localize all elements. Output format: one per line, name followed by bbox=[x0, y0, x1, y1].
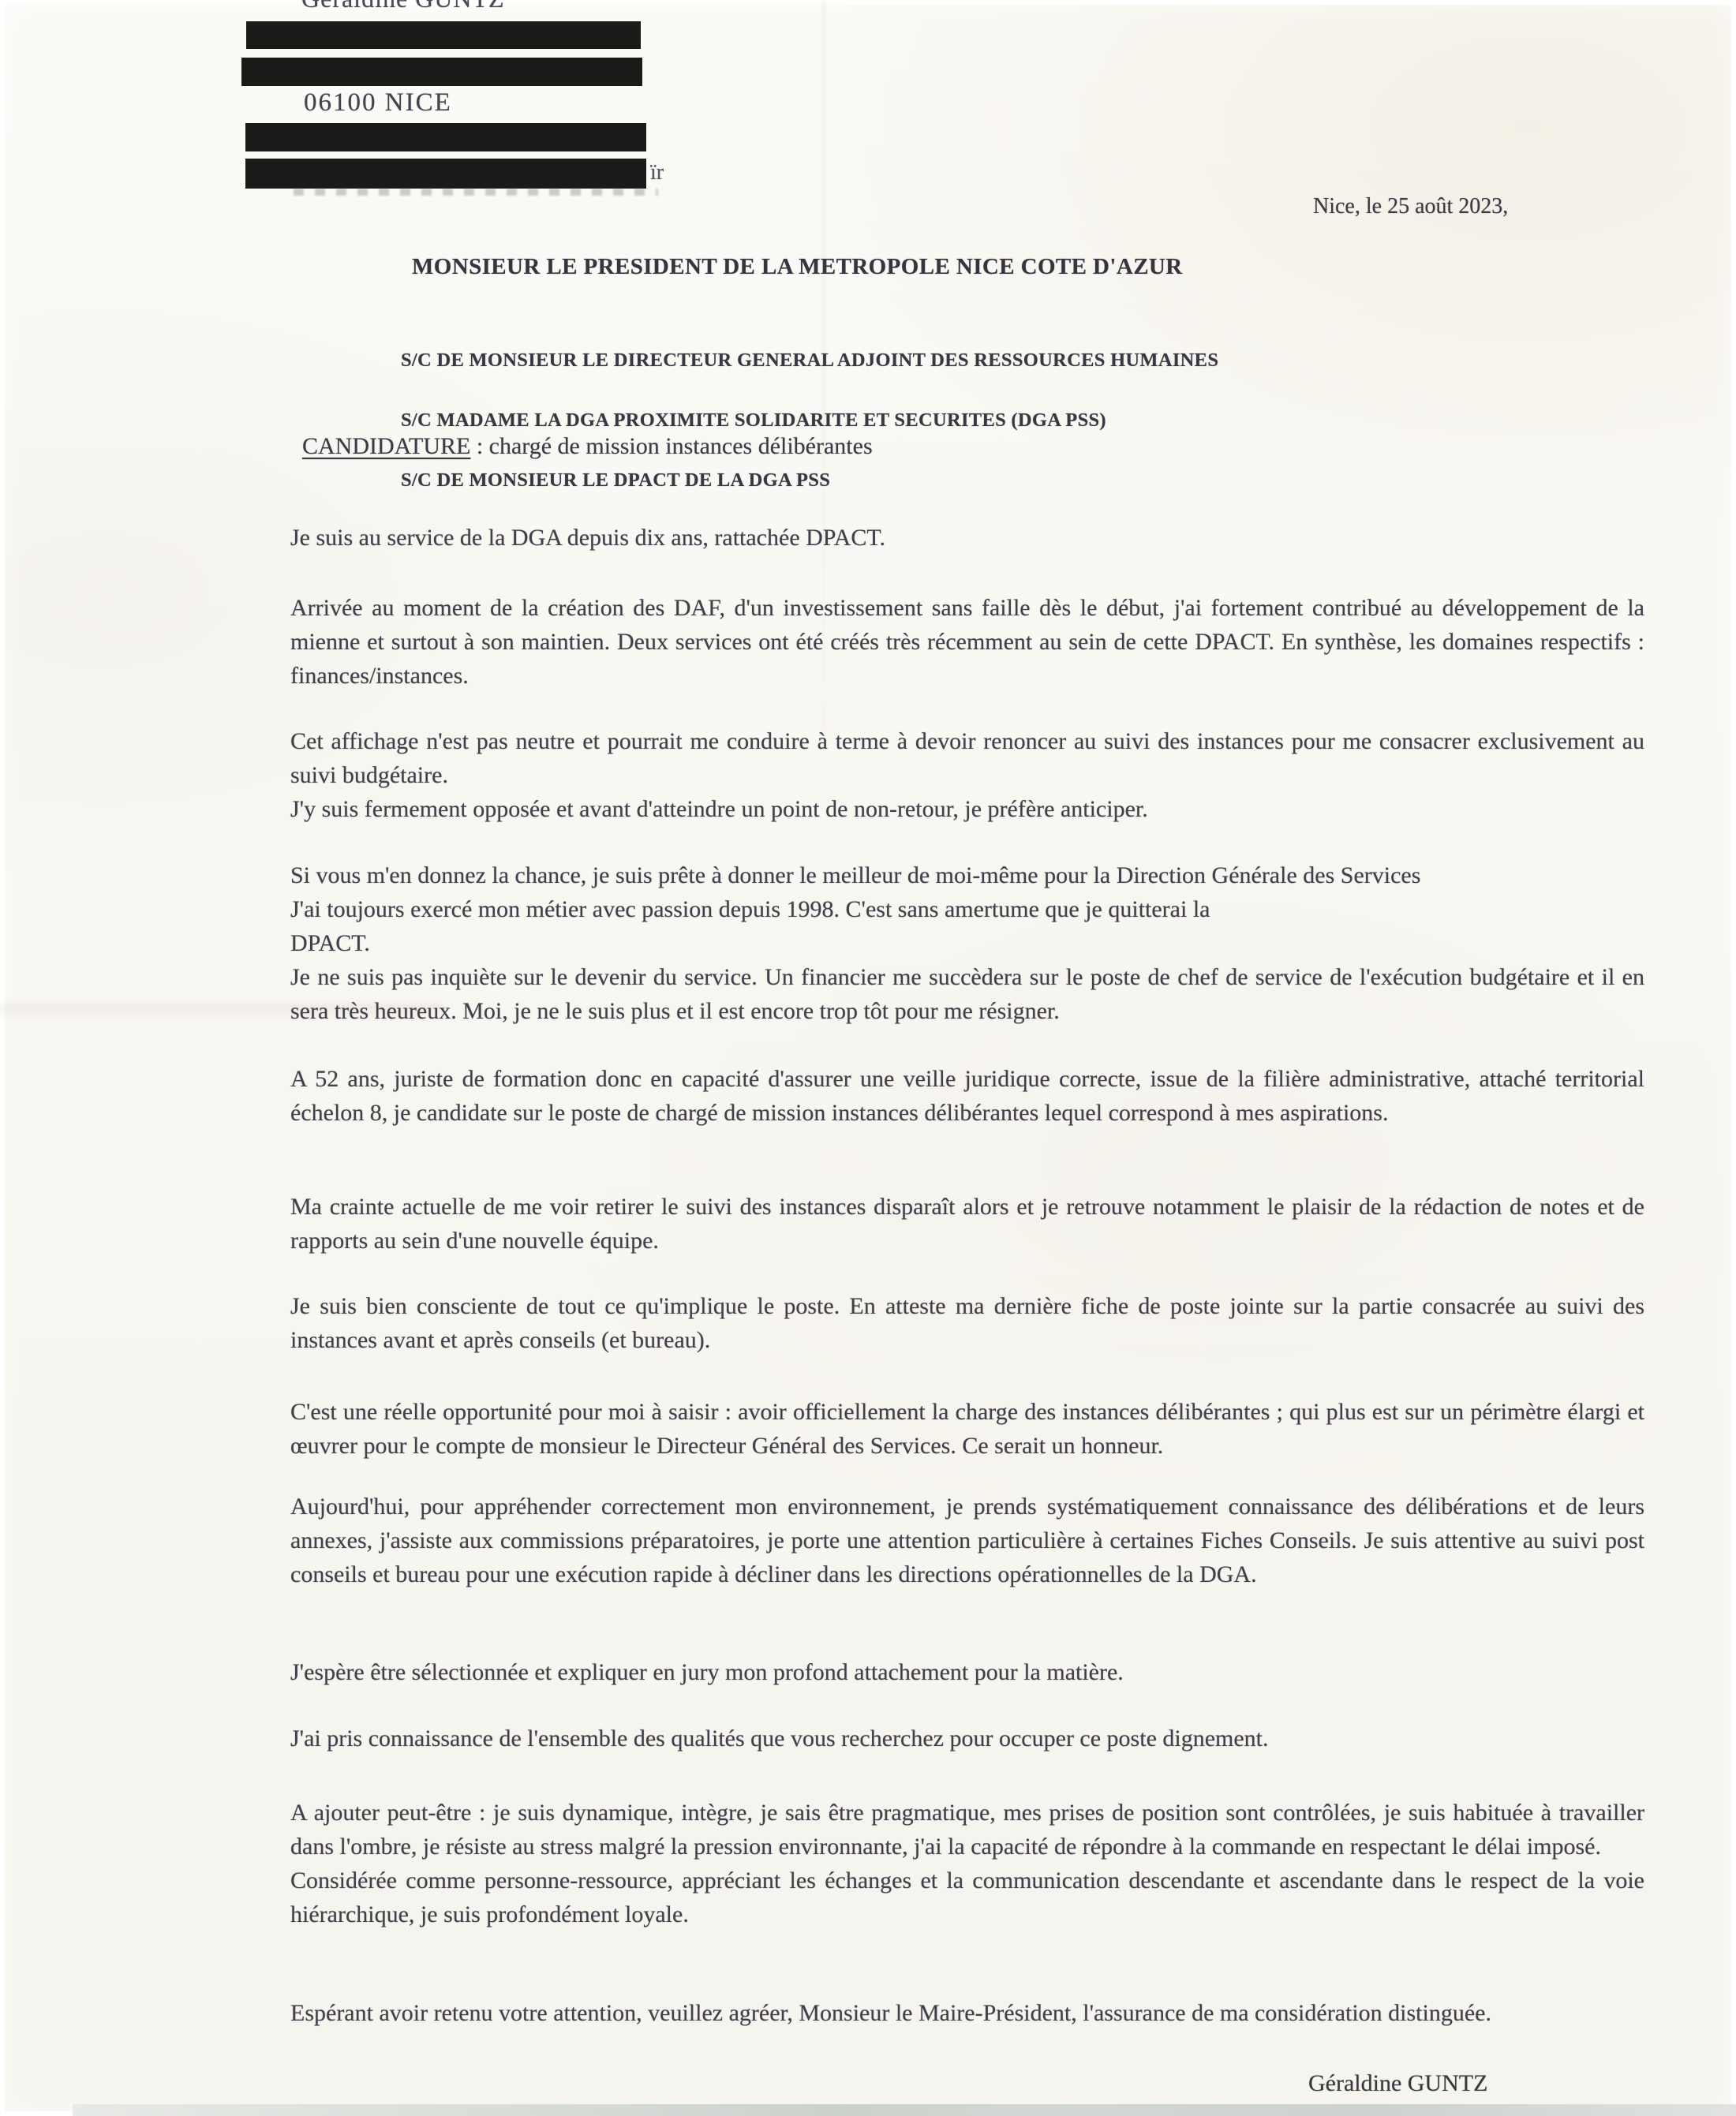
sender-name: Géraldine GUNTZ bbox=[301, 0, 505, 13]
scan-edge-strip bbox=[73, 2104, 1736, 2116]
routing-line-3: S/C DE MONSIEUR LE DPACT DE LA DGA PSS bbox=[401, 465, 1218, 495]
routing-line-1: S/C DE MONSIEUR LE DIRECTEUR GENERAL ADJ… bbox=[401, 346, 1218, 376]
body-paragraph-3: Cet affichage n'est pas neutre et pourra… bbox=[290, 724, 1644, 826]
body-paragraph-11: J'ai pris connaissance de l'ensemble des… bbox=[290, 1722, 1644, 1755]
body-paragraph-2: Arrivée au moment de la création des DAF… bbox=[290, 591, 1644, 693]
scan-smudge-artifact bbox=[294, 189, 658, 196]
body-paragraph-7: Je suis bien consciente de tout ce qu'im… bbox=[290, 1289, 1644, 1357]
body-paragraph-4: Si vous m'en donnez la chance, je suis p… bbox=[290, 858, 1644, 1028]
subject-line: CANDIDATURE : chargé de mission instance… bbox=[302, 433, 873, 460]
sender-postal-city: 06100 NICE bbox=[304, 88, 452, 118]
body-paragraph-5: A 52 ans, juriste de formation donc en c… bbox=[290, 1062, 1644, 1130]
body-paragraph-12: A ajouter peut-être : je suis dynamique,… bbox=[290, 1796, 1644, 1931]
redaction-bar bbox=[245, 123, 646, 151]
body-paragraph-8: C'est une réelle opportunité pour moi à … bbox=[290, 1395, 1644, 1463]
body-paragraph-9: Aujourd'hui, pour appréhender correcteme… bbox=[290, 1490, 1644, 1591]
subject-label: CANDIDATURE bbox=[302, 433, 470, 459]
routing-line-2: S/C MADAME LA DGA PROXIMITE SOLIDARITE E… bbox=[401, 406, 1218, 436]
body-paragraph-10: J'espère être sélectionnée et expliquer … bbox=[290, 1655, 1644, 1689]
routing-block: S/C DE MONSIEUR LE DIRECTEUR GENERAL ADJ… bbox=[401, 316, 1218, 525]
body-paragraph-13: Espérant avoir retenu votre attention, v… bbox=[290, 1996, 1644, 2030]
signature-name: Géraldine GUNTZ bbox=[1308, 2070, 1487, 2097]
redaction-bar bbox=[241, 58, 642, 86]
scanned-letter: Géraldine GUNTZ 06100 NICE ïr Nice, le 2… bbox=[0, 0, 1736, 2116]
recipient-title: MONSIEUR LE PRESIDENT DE LA METROPOLE NI… bbox=[412, 254, 1183, 280]
redaction-bar bbox=[245, 159, 646, 189]
body-paragraph-6: Ma crainte actuelle de me voir retirer l… bbox=[290, 1190, 1644, 1258]
redaction-bar bbox=[246, 21, 641, 49]
redacted-email-fragment: ïr bbox=[650, 160, 664, 185]
subject-rest: : chargé de mission instances délibérant… bbox=[470, 433, 872, 459]
dateline: Nice, le 25 août 2023, bbox=[1313, 194, 1508, 219]
body-paragraph-1: Je suis au service de la DGA depuis dix … bbox=[290, 521, 1644, 555]
